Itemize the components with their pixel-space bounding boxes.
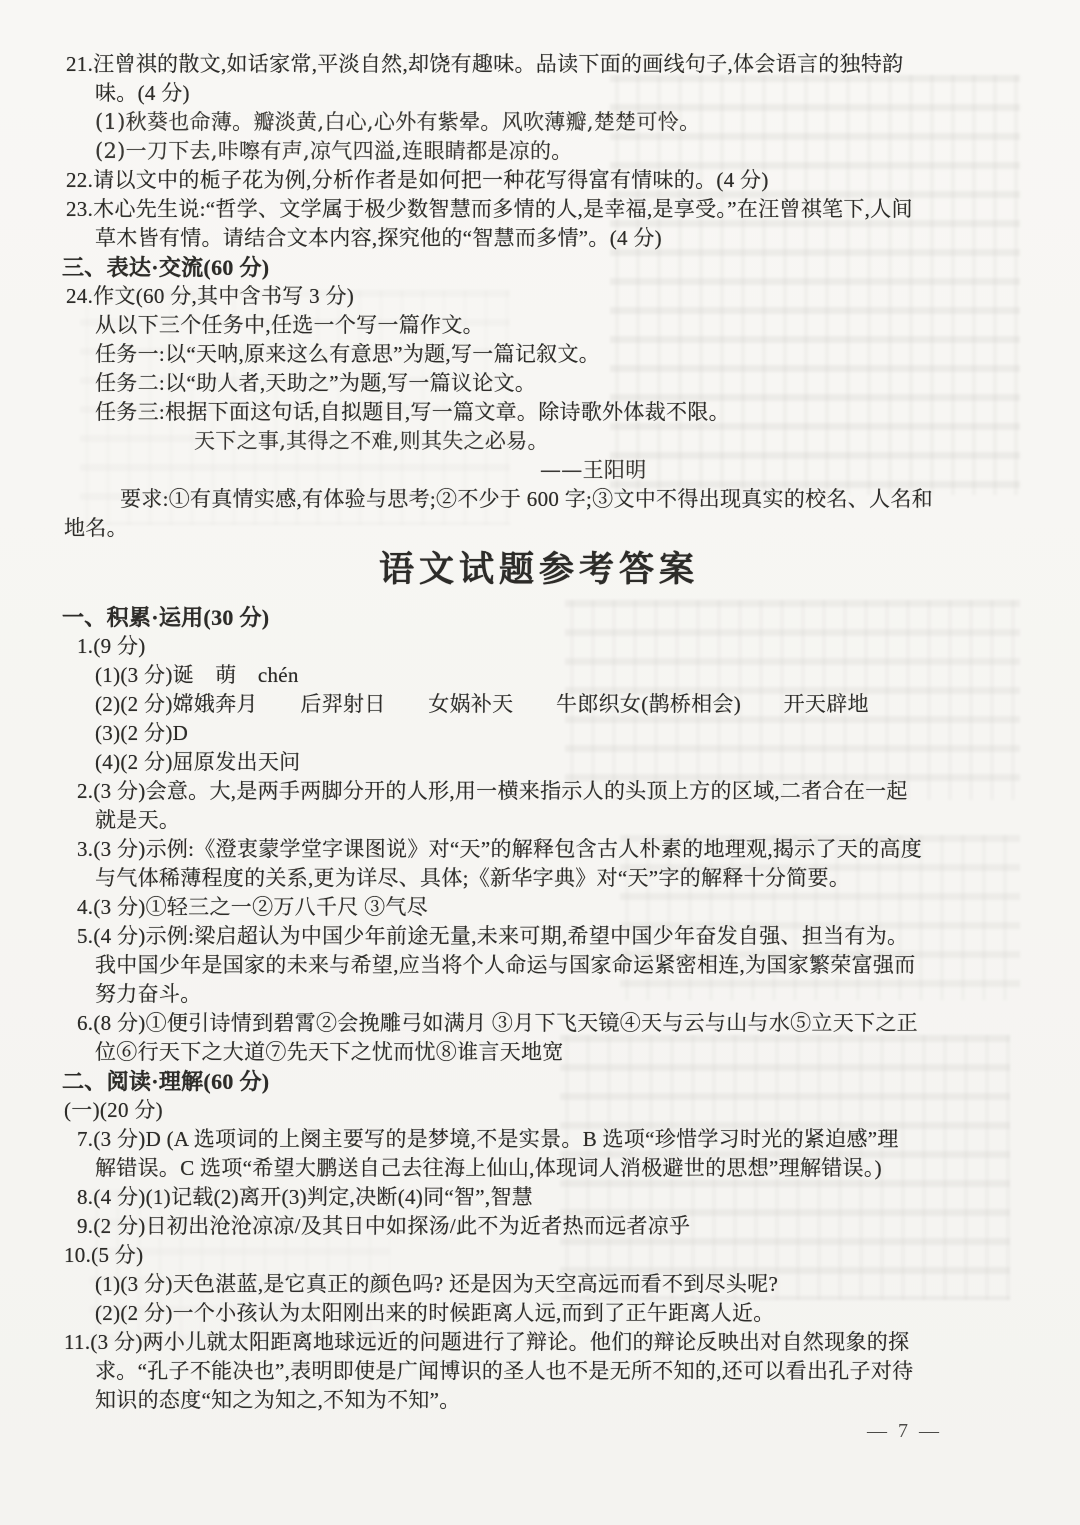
- question-24-intro: 从以下三个任务中,任选一个写一篇作文。: [95, 311, 1014, 340]
- question-24-quote-author: ——王阳明: [540, 456, 1014, 485]
- question-24-requirements-line-2: 地名。: [64, 514, 1014, 543]
- answer-5-line-1: 5.(4 分)示例:梁启超认为中国少年前途无量,未来可期,希望中国少年奋发自强、…: [77, 922, 1014, 951]
- answer-5-line-3: 努力奋斗。: [95, 980, 1014, 1009]
- page-number: — 7 —: [867, 1420, 942, 1443]
- answer-section-1-heading: 一、积累·运用(30 分): [62, 603, 1014, 632]
- answer-8: 8.(4 分)(1)记载(2)离开(3)判定,决断(4)同“智”,智慧: [77, 1183, 1014, 1212]
- answer-2-line-1: 2.(3 分)会意。大,是两手两脚分开的人形,用一横来指示人的头顶上方的区域,二…: [77, 777, 1014, 806]
- answer-10: 10.(5 分): [64, 1241, 1014, 1270]
- section-heading-expression: 三、表达·交流(60 分): [62, 253, 1014, 282]
- answer-7-line-2: 解错误。C 选项“希望大鹏送自己去往海上仙山,体现词人消极避世的思想”理解错误。…: [95, 1154, 1014, 1183]
- question-21-line-2: 味。(4 分): [95, 79, 1014, 108]
- question-21-item-2: (2)一刀下去,咔嚓有声,凉气四溢,连眼睛都是凉的。: [95, 137, 1014, 166]
- document-body: 21.汪曾祺的散文,如话家常,平淡自然,却饶有趣味。品读下面的画线句子,体会语言…: [64, 50, 1014, 1415]
- answer-1-sub-2: (2)(2 分)嫦娥奔月 后羿射日 女娲补天 牛郎织女(鹊桥相会) 开天辟地: [95, 690, 1014, 719]
- answer-10-sub-2: (2)(2 分)一个小孩认为太阳刚出来的时候距离人远,而到了正午距离人近。: [95, 1299, 1014, 1328]
- answer-11-line-1: 11.(3 分)两小儿就太阳距离地球远近的问题进行了辩论。他们的辩论反映出对自然…: [64, 1328, 1014, 1357]
- answer-6-line-1: 6.(8 分)①便引诗情到碧霄②会挽雕弓如满月 ③月下飞天镜④天与云与山与水⑤立…: [77, 1009, 1014, 1038]
- answer-5-line-2: 我中国少年是国家的未来与希望,应当将个人命运与国家命运紧密相连,为国家繁荣富强而: [95, 951, 1014, 980]
- answer-11-line-2: 求。“孔子不能决也”,表明即使是广闻博识的圣人也不是无所不知的,还可以看出孔子对…: [95, 1357, 1014, 1386]
- answer-section-2-heading: 二、阅读·理解(60 分): [62, 1067, 1014, 1096]
- question-21-line-1: 21.汪曾祺的散文,如话家常,平淡自然,却饶有趣味。品读下面的画线句子,体会语言…: [66, 50, 1014, 79]
- answer-11-line-3: 知识的态度“知之为知之,不知为不知”。: [95, 1386, 1014, 1415]
- question-21-item-1: (1)秋葵也命薄。瓣淡黄,白心,心外有紫晕。风吹薄瓣,楚楚可怜。: [95, 108, 1014, 137]
- question-24-task-1: 任务一:以“天呐,原来这么有意思”为题,写一篇记叙文。: [95, 340, 1014, 369]
- scanned-exam-page: 21.汪曾祺的散文,如话家常,平淡自然,却饶有趣味。品读下面的画线句子,体会语言…: [0, 0, 1080, 1525]
- answer-1-sub-1: (1)(3 分)诞 萌 chén: [95, 661, 1014, 690]
- answer-4: 4.(3 分)①轻三之一②万八千尺 ③气尽: [77, 893, 1014, 922]
- answer-1-sub-4: (4)(2 分)屈原发出天问: [95, 748, 1014, 777]
- answer-1: 1.(9 分): [77, 632, 1014, 661]
- answer-3-line-2: 与气体稀薄程度的关系,更为详尽、具体;《新华字典》对“天”字的解释十分简要。: [95, 864, 1014, 893]
- question-24-task-2: 任务二:以“助人者,天助之”为题,写一篇议论文。: [95, 369, 1014, 398]
- answer-7-line-1: 7.(3 分)D (A 选项词的上阕主要写的是梦境,不是实景。B 选项“珍惜学习…: [77, 1125, 1014, 1154]
- answer-6-line-2: 位⑥行天下之大道⑦先天下之忧而忧⑧谁言天地宽: [95, 1038, 1014, 1067]
- answer-2-line-2: 就是天。: [95, 806, 1014, 835]
- answer-10-sub-1: (1)(3 分)天色湛蓝,是它真正的颜色吗? 还是因为天空高远而看不到尽头呢?: [95, 1270, 1014, 1299]
- question-24: 24.作文(60 分,其中含书写 3 分): [66, 282, 1014, 311]
- question-23-line-1: 23.木心先生说:“哲学、文学属于极少数智慧而多情的人,是幸福,是享受。”在汪曾…: [66, 195, 1014, 224]
- answer-1-sub-3: (3)(2 分)D: [95, 719, 1014, 748]
- question-24-requirements-line-1: 要求:①有真情实感,有体验与思考;②不少于 600 字;③文中不得出现真实的校名…: [120, 485, 1014, 514]
- answer-3-line-1: 3.(3 分)示例:《澄衷蒙学堂字课图说》对“天”的解释包含古人朴素的地理观,揭…: [77, 835, 1014, 864]
- question-24-quote: 天下之事,其得之不难,则其失之必易。: [194, 427, 1014, 456]
- question-23-line-2: 草木皆有情。请结合文本内容,探究他的“智慧而多情”。(4 分): [95, 224, 1014, 253]
- answer-key-title: 语文试题参考答案: [64, 547, 1014, 593]
- question-24-task-3: 任务三:根据下面这句话,自拟题目,写一篇文章。除诗歌外体裁不限。: [95, 398, 1014, 427]
- answer-9: 9.(2 分)日初出沧沧凉凉/及其日中如探汤/此不为近者热而远者凉乎: [77, 1212, 1014, 1241]
- answer-part-1-heading: (一)(20 分): [64, 1096, 1014, 1125]
- question-22: 22.请以文中的栀子花为例,分析作者是如何把一种花写得富有情味的。(4 分): [66, 166, 1014, 195]
